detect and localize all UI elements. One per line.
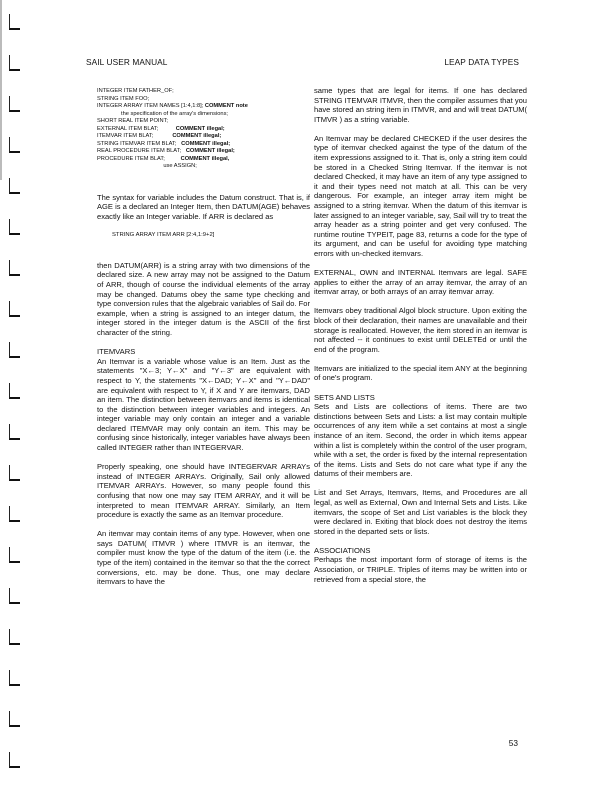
code-text: SHORT REAL ITEM POINT;: [97, 118, 168, 124]
code-text: STRING ITEM FOO;: [97, 96, 149, 102]
binder-mark-icon: [9, 506, 20, 522]
binder-mark-icon: [9, 588, 20, 604]
code-text: INTEGER ITEM FATHER_OF;: [97, 88, 174, 94]
binder-mark-icon: [9, 547, 20, 563]
code-line: the specification of the array's dimensi…: [121, 111, 310, 119]
binder-mark-icon: [9, 178, 20, 194]
section-heading-itemvars: ITEMVARS: [97, 347, 310, 357]
code-line: STRING ITEMVAR ITEM BLAT; COMMENT illega…: [97, 141, 310, 149]
binder-mark-icon: [9, 711, 20, 727]
code-text: REAL PROCEDURE ITEM BLAT;: [97, 148, 184, 154]
running-header-right: LEAP DATA TYPES: [444, 57, 519, 67]
paragraph: List and Set Arrays, Itemvars, Items, an…: [314, 488, 527, 536]
page-number: 53: [509, 738, 518, 748]
code-comment: COMMENT illegal;: [171, 133, 222, 139]
paragraph: Perhaps the most important form of stora…: [314, 555, 527, 584]
code-text: ITEMVAR ITEM BLAT;: [97, 133, 171, 139]
right-column: same types that are legal for items. If …: [314, 86, 527, 594]
scan-edge: [0, 0, 2, 180]
section-heading-associations: ASSOCIATIONS: [314, 546, 527, 556]
code-text: STRING ITEMVAR ITEM BLAT;: [97, 141, 180, 147]
code-text: PROCEDURE ITEM BLAT;: [97, 156, 179, 162]
binder-mark-icon: [9, 219, 20, 235]
code-comment: COMMENT note: [203, 103, 248, 109]
binder-mark-icon: [9, 342, 20, 358]
code-comment: COMMENT illegal,: [179, 156, 229, 162]
paragraph: then DATUM(ARR) is a string array with t…: [97, 261, 310, 338]
binder-mark-icon: [9, 96, 20, 112]
paragraph: An Itemvar is a variable whose value is …: [97, 357, 310, 453]
running-header-left: SAIL USER MANUAL: [86, 57, 168, 67]
code-text: EXTERNAL ITEM BLAT;: [97, 126, 174, 132]
code-comment: COMMENT illegal;: [174, 126, 225, 132]
code-example-arr: STRING ARRAY ITEM ARR [2:4,1:9+2]: [112, 231, 310, 241]
binder-mark-icon: [9, 14, 20, 30]
code-line: STRING ITEM FOO;: [97, 96, 310, 104]
binder-mark-icon: [9, 383, 20, 399]
paragraph: Itemvars obey traditional Algol block st…: [314, 306, 527, 354]
binder-mark-icon: [9, 55, 20, 71]
binder-mark-icon: [9, 137, 20, 153]
binder-mark-icon: [9, 260, 20, 276]
binder-mark-icon: [9, 465, 20, 481]
paragraph: An Itemvar may be declared CHECKED if th…: [314, 134, 527, 259]
paragraph: EXTERNAL, OWN and INTERNAL Itemvars are …: [314, 268, 527, 297]
binder-mark-icon: [9, 752, 20, 768]
code-text: the specification of the array's dimensi…: [121, 111, 228, 117]
code-line: REAL PROCEDURE ITEM BLAT; COMMENT illega…: [97, 148, 310, 156]
binder-mark-icon: [9, 301, 20, 317]
binder-mark-icon: [9, 670, 20, 686]
paragraph: The syntax for variable includes the Dat…: [97, 193, 310, 222]
binder-mark-icon: [9, 424, 20, 440]
code-line: PROCEDURE ITEM BLAT; COMMENT illegal,: [97, 156, 310, 164]
code-line: ITEMVAR ITEM BLAT; COMMENT illegal;: [97, 133, 310, 141]
code-comment: COMMENT illegal;: [180, 141, 231, 147]
paragraph: Itemvars are initialized to the special …: [314, 364, 527, 383]
code-example-block: INTEGER ITEM FATHER_OF;STRING ITEM FOO;I…: [97, 88, 310, 171]
section-heading-sets-and-lists: SETS AND LISTS: [314, 393, 527, 403]
paragraph: same types that are legal for items. If …: [314, 86, 527, 124]
code-line: EXTERNAL ITEM BLAT; COMMENT illegal;: [97, 126, 310, 134]
code-line: INTEGER ITEM FATHER_OF;: [97, 88, 310, 96]
code-text: INTEGER ARRAY ITEM NAMES [1:4,1:8];: [97, 103, 203, 109]
left-column: INTEGER ITEM FATHER_OF;STRING ITEM FOO;I…: [97, 88, 310, 596]
code-comment: COMMENT illegal;: [184, 148, 235, 154]
binder-margin: [0, 0, 24, 791]
code-text: use ASSIGN;: [97, 163, 197, 169]
paragraph: Properly speaking, one should have INTEG…: [97, 462, 310, 520]
paragraph: Sets and Lists are collections of items.…: [314, 402, 527, 479]
binder-mark-icon: [9, 629, 20, 645]
paragraph: An itemvar may contain items of any type…: [97, 529, 310, 587]
code-line: INTEGER ARRAY ITEM NAMES [1:4,1:8]; COMM…: [97, 103, 310, 111]
code-line: SHORT REAL ITEM POINT;: [97, 118, 310, 126]
code-line: use ASSIGN;: [97, 163, 310, 171]
